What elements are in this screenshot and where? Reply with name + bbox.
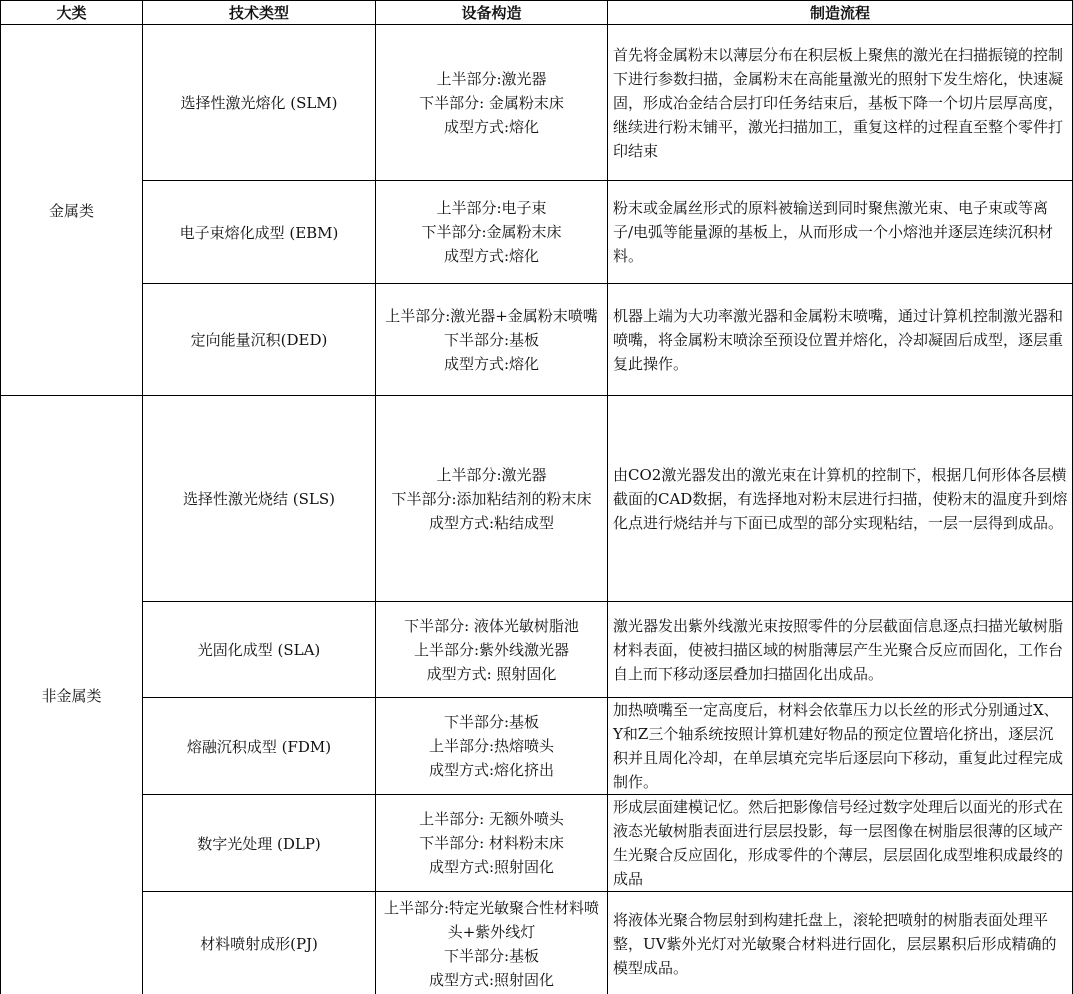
equipment-line: 成型方式:熔化 <box>378 115 605 139</box>
header-tech-type: 技术类型 <box>143 1 376 25</box>
table-row: 非金属类 选择性激光烧结 (SLS) 上半部分:激光器 下半部分:添加粘结剂的粉… <box>1 396 1073 602</box>
process-pj: 将液体光聚合物层射到构建托盘上，滚轮把喷射的树脂表面处理平整，UV紫外光灯对光敏… <box>608 892 1073 994</box>
table-row: 定向能量沉积(DED) 上半部分:激光器+金属粉末喷嘴 下半部分:基板 成型方式… <box>1 284 1073 396</box>
tech-fdm: 熔融沉积成型 (FDM) <box>143 698 376 795</box>
tech-ded: 定向能量沉积(DED) <box>143 284 376 396</box>
equipment-line: 上半部分:电子束 <box>378 196 605 220</box>
tech-sla: 光固化成型 (SLA) <box>143 602 376 698</box>
table-row: 光固化成型 (SLA) 下半部分: 液体光敏树脂池 上半部分:紫外线激光器 成型… <box>1 602 1073 698</box>
equipment-line: 下半部分:金属粉末床 <box>378 220 605 244</box>
equipment-ebm: 上半部分:电子束 下半部分:金属粉末床 成型方式:熔化 <box>376 181 608 284</box>
header-category: 大类 <box>1 1 143 25</box>
tech-dlp: 数字光处理 (DLP) <box>143 795 376 892</box>
equipment-fdm: 下半部分:基板 上半部分:热熔喷头 成型方式:熔化挤出 <box>376 698 608 795</box>
table-row: 材料喷射成形(PJ) 上半部分:特定光敏聚合性材料喷头+紫外线灯 下半部分:基板… <box>1 892 1073 994</box>
header-equipment: 设备构造 <box>376 1 608 25</box>
tech-ebm: 电子束熔化成型 (EBM) <box>143 181 376 284</box>
header-row: 大类 技术类型 设备构造 制造流程 <box>1 1 1073 25</box>
equipment-line: 成型方式:粘结成型 <box>378 511 605 535</box>
equipment-line: 上半部分:激光器 <box>378 67 605 91</box>
tech-pj: 材料喷射成形(PJ) <box>143 892 376 994</box>
equipment-dlp: 上半部分: 无额外喷头 下半部分: 材料粉末床 成型方式:照射固化 <box>376 795 608 892</box>
equipment-line: 成型方式:熔化 <box>378 244 605 268</box>
equipment-line: 下半部分: 金属粉末床 <box>378 91 605 115</box>
equipment-line: 下半部分:基板 <box>378 944 605 968</box>
equipment-sla: 下半部分: 液体光敏树脂池 上半部分:紫外线激光器 成型方式: 照射固化 <box>376 602 608 698</box>
table-row: 金属类 选择性激光熔化 (SLM) 上半部分:激光器 下半部分: 金属粉末床 成… <box>1 25 1073 181</box>
equipment-line: 成型方式: 照射固化 <box>378 662 605 686</box>
process-sls: 由CO2激光器发出的激光束在计算机的控制下，根据几何形体各层横截面的CAD数据，… <box>608 396 1073 602</box>
equipment-line: 成型方式:照射固化 <box>378 855 605 879</box>
process-dlp: 形成层面建模记忆。然后把影像信号经过数字处理后以面光的形式在液态光敏树脂表面进行… <box>608 795 1073 892</box>
process-ebm: 粉末或金属丝形式的原料被输送到同时聚焦激光束、电子束或等离子/电弧等能量源的基板… <box>608 181 1073 284</box>
process-sla: 激光器发出紫外线激光束按照零件的分层截面信息逐点扫描光敏树脂材料表面，使被扫描区… <box>608 602 1073 698</box>
tech-slm: 选择性激光熔化 (SLM) <box>143 25 376 181</box>
equipment-line: 上半部分:热熔喷头 <box>378 734 605 758</box>
equipment-line: 下半部分: 液体光敏树脂池 <box>378 614 605 638</box>
category-nonmetal: 非金属类 <box>1 396 143 994</box>
equipment-line: 成型方式:熔化 <box>378 352 605 376</box>
equipment-line: 下半部分:基板 <box>378 328 605 352</box>
3d-printing-technology-table: 大类 技术类型 设备构造 制造流程 金属类 选择性激光熔化 (SLM) 上半部分… <box>0 0 1073 994</box>
equipment-line: 上半部分:特定光敏聚合性材料喷头+紫外线灯 <box>378 896 605 944</box>
equipment-line: 下半部分: 材料粉末床 <box>378 831 605 855</box>
table-row: 数字光处理 (DLP) 上半部分: 无额外喷头 下半部分: 材料粉末床 成型方式… <box>1 795 1073 892</box>
equipment-pj: 上半部分:特定光敏聚合性材料喷头+紫外线灯 下半部分:基板 成型方式:照射固化 <box>376 892 608 994</box>
process-ded: 机器上端为大功率激光器和金属粉末喷嘴，通过计算机控制激光器和喷嘴，将金属粉末喷涂… <box>608 284 1073 396</box>
equipment-line: 成型方式:熔化挤出 <box>378 758 605 782</box>
process-fdm: 加热喷嘴至一定高度后，材料会依靠压力以长丝的形式分别通过X、Y和Z三个轴系统按照… <box>608 698 1073 795</box>
equipment-slm: 上半部分:激光器 下半部分: 金属粉末床 成型方式:熔化 <box>376 25 608 181</box>
header-process: 制造流程 <box>608 1 1073 25</box>
tech-sls: 选择性激光烧结 (SLS) <box>143 396 376 602</box>
equipment-sls: 上半部分:激光器 下半部分:添加粘结剂的粉末床 成型方式:粘结成型 <box>376 396 608 602</box>
equipment-line: 上半部分: 无额外喷头 <box>378 807 605 831</box>
equipment-line: 成型方式:照射固化 <box>378 968 605 992</box>
equipment-ded: 上半部分:激光器+金属粉末喷嘴 下半部分:基板 成型方式:熔化 <box>376 284 608 396</box>
category-metal: 金属类 <box>1 25 143 396</box>
equipment-line: 上半部分:激光器+金属粉末喷嘴 <box>378 304 605 328</box>
table-row: 电子束熔化成型 (EBM) 上半部分:电子束 下半部分:金属粉末床 成型方式:熔… <box>1 181 1073 284</box>
equipment-line: 下半部分:添加粘结剂的粉末床 <box>378 487 605 511</box>
process-slm: 首先将金属粉末以薄层分布在积层板上聚焦的激光在扫描振镜的控制下进行参数扫描，金属… <box>608 25 1073 181</box>
equipment-line: 上半部分:紫外线激光器 <box>378 638 605 662</box>
equipment-line: 上半部分:激光器 <box>378 463 605 487</box>
table-row: 熔融沉积成型 (FDM) 下半部分:基板 上半部分:热熔喷头 成型方式:熔化挤出… <box>1 698 1073 795</box>
equipment-line: 下半部分:基板 <box>378 710 605 734</box>
